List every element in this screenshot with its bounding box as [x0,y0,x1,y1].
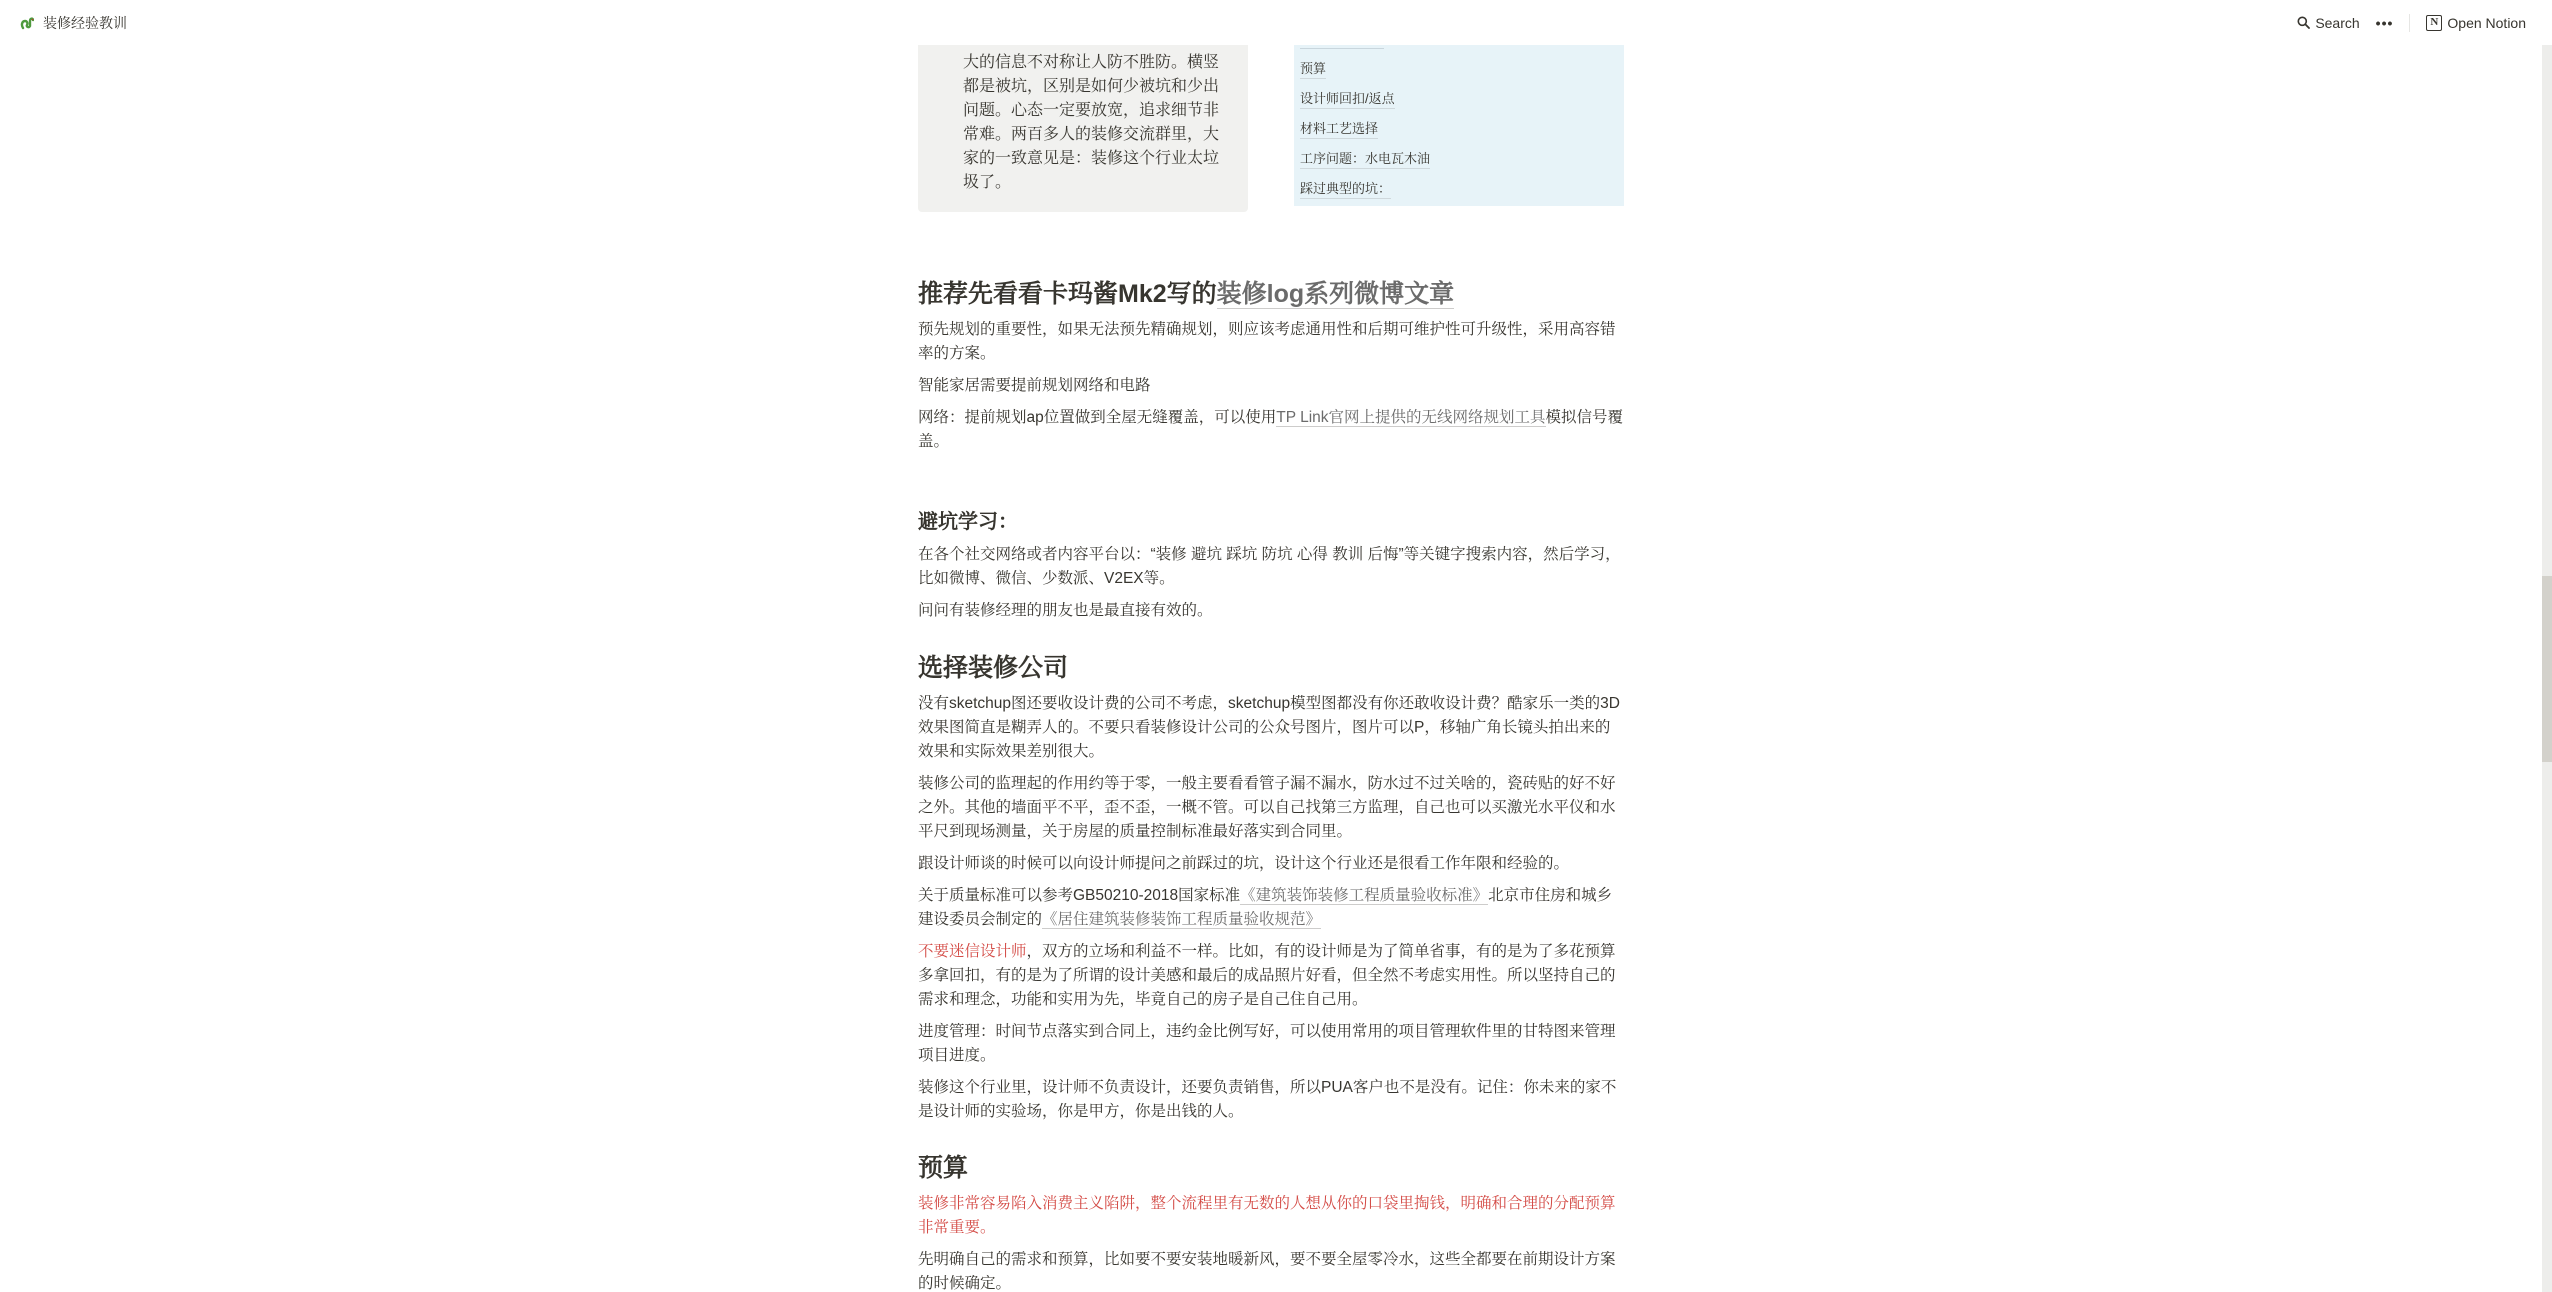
toc-item-budget[interactable]: 预算 [1300,60,1326,79]
paragraph: 智能家居需要提前规划网络和电路 [918,374,1624,398]
search-button[interactable]: Search [2289,11,2367,35]
more-options-button[interactable]: ••• [2368,11,2402,35]
notion-logo-icon: N [2426,15,2442,31]
callout-block: 房的装修业本来就是个垃圾行业。巨 大的信息不对称让人防不胜防。横竖 都是被坑，区… [918,45,1248,212]
divider [2409,14,2410,32]
highlight-text: 不要迷信设计师 [918,943,1027,960]
gb-standard-link[interactable]: 《建筑装饰装修工程质量验收标准》 [1240,887,1488,905]
search-icon [2297,16,2310,29]
paragraph: 装修这个行业里，设计师不负责设计，还要负责销售，所以PUA客户也不是没有。记住：… [918,1076,1624,1124]
open-notion-button[interactable]: N Open Notion [2418,11,2534,35]
paragraph: 没有sketchup图还要收设计费的公司不考虑，sketchup模型图都没有你还… [918,692,1624,764]
callout-line: 常难。两百多人的装修交流群里，大 [963,123,1228,147]
paragraph: 关于质量标准可以参考GB50210-2018国家标准《建筑装饰装修工程质量验收标… [918,884,1624,932]
more-icon: ••• [2376,15,2394,31]
page-title[interactable]: 装修经验教训 [43,13,127,33]
paragraph: 不要迷信设计师，双方的立场和利益不一样。比如，有的设计师是为了简单省事，有的是为… [918,940,1624,1012]
paragraph: 网络：提前规划ap位置做到全屋无缝覆盖，可以使用TP Link官网上提供的无线网… [918,406,1624,454]
snake-icon [20,16,34,30]
scrollbar-thumb[interactable] [2542,576,2552,762]
toc-item-process[interactable]: 工序问题：水电瓦木油 [1300,150,1430,169]
top-bar: 装修经验教训 Search ••• N Open Notion [0,0,2552,45]
paragraph: 在各个社交网络或者内容平台以：“装修 避坑 踩坑 防坑 心得 教训 后悔”等关键… [918,543,1624,591]
column-layout: 房的装修业本来就是个垃圾行业。巨 大的信息不对称让人防不胜防。横竖 都是被坑，区… [918,45,1624,215]
text: 关于质量标准可以参考GB50210-2018国家标准 [918,887,1240,904]
heading-recommend: 推荐先看看卡玛酱Mk2写的装修log系列微博文章 [918,278,1454,310]
tplink-tool-link[interactable]: TP Link官网上提供的无线网络规划工具 [1276,409,1545,427]
table-of-contents: 预算 设计师回扣/返点 材料工艺选择 工序问题：水电瓦木油 踩过典型的坑： [1294,45,1624,206]
paragraph: 预先规划的重要性，如果无法预先精确规划，则应该考虑通用性和后期可维护性可升级性，… [918,318,1624,366]
paragraph: 先明确自己的需求和预算，比如要不要安装地暖新风，要不要全屋零冷水，这些全都要在前… [918,1248,1624,1292]
open-notion-label: Open Notion [2447,15,2526,31]
toc-item-materials[interactable]: 材料工艺选择 [1300,120,1378,139]
paragraph: 进度管理：时间节点落实到合同上，违约金比例写好，可以使用常用的项目管理软件里的甘… [918,1020,1624,1068]
paragraph: 装修公司的监理起的作用约等于零，一般主要看看管子漏不漏水，防水过不过关啥的，瓷砖… [918,772,1624,844]
paragraph-highlight: 装修非常容易陷入消费主义陷阱，整个流程里有无数的人想从你的口袋里掏钱，明确和合理… [918,1192,1624,1240]
callout-line: 都是被坑，区别是如何少被坑和少出 [963,75,1228,99]
heading-budget: 预算 [918,1152,968,1184]
toc-item-designer-kickback[interactable]: 设计师回扣/返点 [1300,90,1395,109]
heading-text: 推荐先看看卡玛酱Mk2写的 [918,280,1217,308]
breadcrumb[interactable]: 装修经验教训 [20,13,127,33]
paragraph: 问问有装修经理的朋友也是最直接有效的。 [918,599,1624,623]
toc-item-clipped[interactable] [1300,48,1384,49]
heading-avoid-pitfalls: 避坑学习： [918,508,1018,536]
callout-line: 问题。心态一定要放宽，追求细节非 [963,99,1228,123]
callout-text: 房的装修业本来就是个垃圾行业。巨 大的信息不对称让人防不胜防。横竖 都是被坑，区… [963,45,1228,195]
search-label: Search [2315,15,2359,31]
beijing-standard-link[interactable]: 《居住建筑装修装饰工程质量验收规范》 [1042,911,1321,929]
paragraph: 跟设计师谈的时候可以向设计师提问之前踩过的坑，设计这个行业还是很看工作年限和经验… [918,852,1624,876]
callout-line: 圾了。 [963,171,1228,195]
weibo-article-link[interactable]: 装修log系列微博文章 [1217,280,1455,309]
text: 网络：提前规划ap位置做到全屋无缝覆盖，可以使用 [918,409,1276,426]
heading-choose-company: 选择装修公司 [918,652,1068,684]
callout-line: 家的一致意见是：装修这个行业太垃 [963,147,1228,171]
page-scroll-area: 房的装修业本来就是个垃圾行业。巨 大的信息不对称让人防不胜防。横竖 都是被坑，区… [0,45,2552,1292]
callout-line: 大的信息不对称让人防不胜防。横竖 [963,51,1228,75]
toc-item-pitfalls[interactable]: 踩过典型的坑： [1300,180,1391,199]
